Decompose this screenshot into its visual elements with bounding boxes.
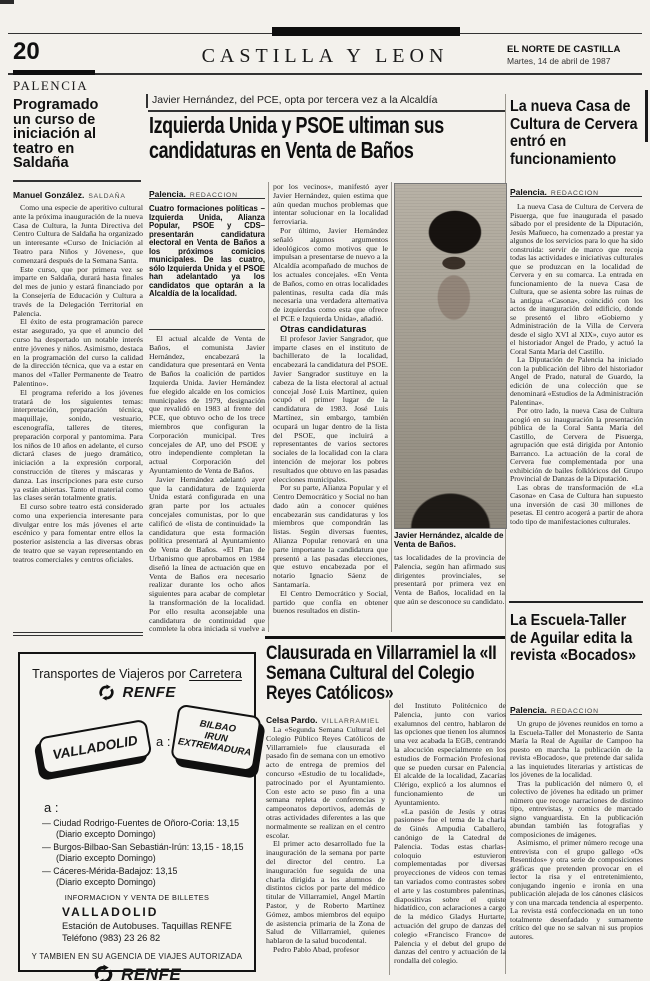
paragraph: El éxito de esta programación parece est… (13, 318, 143, 388)
scan-artifact (645, 90, 648, 142)
byline: Manuel González.SALDAÑA (13, 185, 126, 203)
paragraph: La «Segunda Semana Cultural del Colegio … (266, 726, 385, 840)
ad-info-line: INFORMACION Y VENTA DE BILLETES (20, 893, 254, 902)
byline-author: Celsa Pardo. (266, 715, 318, 725)
route-text: — Ciudad Rodrigo-Fuentes de Oñoro-Coria:… (42, 818, 254, 829)
paragraph: La Diputación de Palencia ha iniciado co… (510, 356, 643, 407)
paragraph: por los vecinos», manifestó ayer Javier … (273, 183, 388, 227)
ad-city: VALLADOLID (62, 905, 254, 919)
paragraph: El programa referido a los jóvenes trata… (13, 389, 143, 503)
byline: Palencia.REDACCION (149, 184, 238, 202)
ad-phone: Teléfono (983) 23 26 82 (62, 933, 254, 943)
byline-author: Manuel González. (13, 190, 84, 200)
paragraph: El Centro Democrático y Social, partido … (273, 590, 388, 616)
article-body-escuela: Un grupo de jóvenes reunidos en torno a … (510, 720, 643, 978)
photo-caption: Javier Hernández, alcalde de Venta de Ba… (394, 531, 505, 550)
byline-rule (149, 198, 265, 199)
villarramiel-col2: del Instituto Politécnico de Palencia, j… (394, 702, 506, 976)
article-col1: El actual alcalde de Venta de Baños, el … (149, 335, 265, 631)
region-bar (13, 70, 95, 75)
origin-box: VALLADOLID (38, 719, 153, 776)
article-col2: por los vecinos», manifestó ayer Javier … (273, 183, 388, 632)
paragraph: Por su parte, Alianza Popular y el Centr… (273, 484, 388, 590)
article-title-saldana: Programado un curso de iniciación al tea… (13, 98, 117, 171)
paragraph: Este curso, que por primera vez se impar… (13, 266, 143, 319)
article-divider (265, 636, 505, 639)
ad-header-underlined: Carretera (189, 667, 242, 681)
region-label: PALENCIA (13, 79, 88, 93)
villarramiel-col1: La «Segunda Semana Cultural del Colegio … (266, 726, 385, 976)
page-number: 20 (13, 40, 40, 64)
paragraph: Asimismo, el primer número recoge una en… (510, 839, 643, 941)
paragraph: Por otro lado, la nueva Casa de Cultura … (510, 407, 643, 484)
byline-rule (510, 196, 642, 197)
route-item: — Burgos-Bilbao-San Sebastián-Irún: 13,1… (42, 842, 254, 863)
newspaper-page: 20 CASTILLA Y LEON EL NORTE DE CASTILLA … (0, 0, 650, 981)
destination-box: BILBAO IRUN EXTREMADURA (170, 704, 262, 772)
ad-header: Transportes de Viajeros por Carretera (20, 667, 254, 681)
byline: Palencia.REDACCION (510, 182, 599, 200)
section-title: CASTILLA Y LEON (175, 45, 475, 67)
paragraph: Un grupo de jóvenes reunidos en torno a … (510, 720, 643, 780)
renfe-logo-icon (93, 964, 114, 981)
scan-artifact (0, 0, 14, 4)
lead-rule (149, 329, 265, 330)
article-divider (509, 601, 643, 603)
kicker-bar (146, 94, 148, 108)
byline-place: VILLARRAMIEL (318, 718, 380, 725)
column-rule (268, 182, 269, 632)
ad-brand-row: RENFE (20, 684, 254, 702)
article-title-cervera: La nueva Casa de Cultura de Cervera entr… (510, 98, 644, 168)
paragraph: Las obras de transformación de «La Cason… (510, 484, 643, 527)
paragraph: Como una especie de aperitivo cultural a… (13, 204, 143, 266)
ad-destination-boxes: VALLADOLID a : BILBAO IRUN EXTREMADURA (20, 706, 254, 800)
routes-label: a : (44, 800, 254, 815)
paragraph: El primer acto desarrollado fue la inaug… (266, 840, 385, 946)
paragraph: El profesor Javier Sangrador, que impart… (273, 335, 388, 485)
header-rule-bottom (8, 73, 642, 75)
route-note: (Diario excepto Domingo) (56, 829, 254, 840)
byline: Palencia.REDACCION (510, 700, 599, 718)
kicker: Javier Hernández, del PCE, opta por terc… (152, 94, 437, 106)
renfe-wordmark: RENFE (120, 684, 176, 701)
byline-rule (510, 714, 642, 715)
article-photo (394, 183, 507, 529)
paragraph: Tras la publicación del número 0, el col… (510, 780, 643, 840)
renfe-logo-icon (98, 684, 115, 701)
route-note: (Diario excepto Domingo) (56, 877, 254, 888)
paragraph: La nueva Casa de Cultura de Cervera de P… (510, 203, 643, 356)
column-rule (391, 182, 392, 632)
paragraph: Por último, Javier Hernández señaló algu… (273, 227, 388, 324)
header-black-bar (272, 27, 460, 36)
ad-footer: Y TAMBIEN EN SU AGENCIA DE VIAJES AUTORI… (20, 952, 254, 961)
paragraph: El curso sobre teatro está considerado c… (13, 503, 143, 565)
route-item: — Ciudad Rodrigo-Fuentes de Oñoro-Coria:… (42, 818, 254, 839)
column-rule (389, 700, 390, 975)
route-text: — Cáceres-Mérida-Badajoz: 13,15 (42, 866, 254, 877)
ad-header-text: Transportes de Viajeros por (32, 667, 189, 681)
paragraph: tas localidades de la provincia de Palen… (394, 554, 505, 607)
article-title-escuela: La Escuela-Taller de Aguilar edita la re… (510, 612, 644, 665)
route-item: — Cáceres-Mérida-Badajoz: 13,15 (Diario … (42, 866, 254, 887)
route-text: — Burgos-Bilbao-San Sebastián-Irún: 13,1… (42, 842, 254, 853)
paragraph: «La pasión de Jesús y otras pasiones» fu… (394, 808, 506, 966)
article-body-saldana: Como una especie de aperitivo cultural a… (13, 204, 143, 629)
routes-list: — Ciudad Rodrigo-Fuentes de Oñoro-Coria:… (42, 818, 254, 887)
route-note: (Diario excepto Domingo) (56, 853, 254, 864)
article-body-cervera: La nueva Casa de Cultura de Cervera de P… (510, 203, 643, 597)
byline-place: SALDAÑA (84, 193, 125, 200)
paragraph: del Instituto Politécnico de Palencia, j… (394, 702, 506, 808)
ad-brand-row: RENFE (20, 964, 254, 981)
paragraph: El actual alcalde de Venta de Baños, el … (149, 335, 265, 476)
paragraph: Pedro Pablo Abad, profesor (266, 946, 385, 955)
byline-rule (13, 180, 141, 182)
renfe-advertisement: Transportes de Viajeros por Carretera RE… (18, 652, 256, 972)
renfe-wordmark: RENFE (118, 965, 181, 981)
masthead: EL NORTE DE CASTILLA (507, 44, 620, 55)
end-rule (13, 632, 143, 633)
article-title-villarramiel: Clausurada en Villarramiel la «II Semana… (266, 644, 508, 704)
end-rule (13, 635, 143, 636)
ad-address: Estación de Autobuses. Taquillas RENFE (62, 921, 254, 931)
article-lead: Cuatro formaciones políticas –Izquierda … (149, 205, 265, 325)
article-col3: tas localidades de la provincia de Palen… (394, 554, 505, 632)
paragraph: Javier Hernández adelantó ayer que la ca… (149, 476, 265, 631)
connector-label: a : (156, 734, 170, 749)
masthead-date: Martes, 14 de abril de 1987 (507, 56, 610, 66)
article-title-venta: Izquierda Unida y PSOE ultiman sus candi… (149, 113, 508, 162)
